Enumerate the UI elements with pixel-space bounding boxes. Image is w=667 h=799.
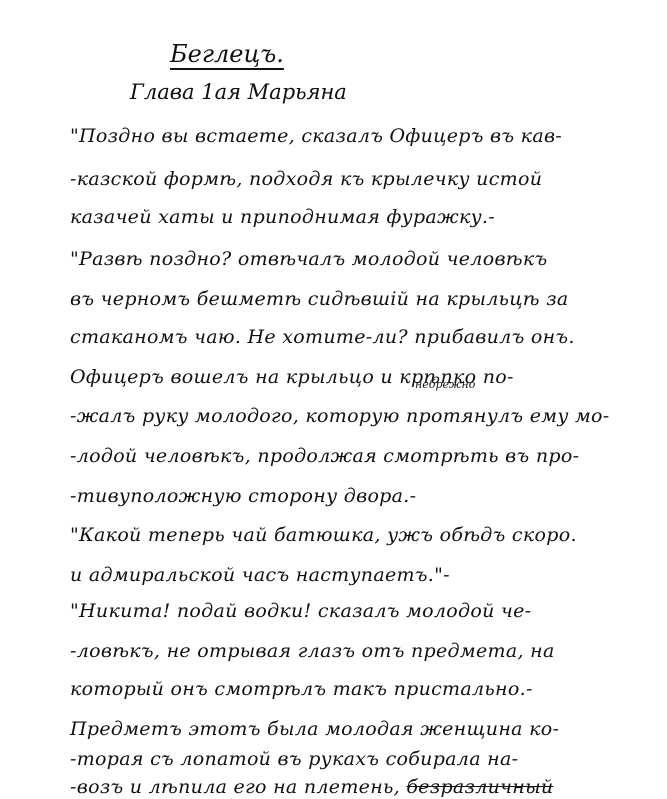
text-line-last: -возъ и лѣпила его на плетень, — [70, 776, 400, 798]
manuscript-page: Беглецъ. Глава 1ая Марьяна "Поздно вы вс… — [0, 0, 667, 799]
text-line: стаканомъ чаю. Не хотите-ли? прибавилъ о… — [70, 326, 575, 348]
text-line: "Какой теперь чай батюшка, ужъ обѣдъ ско… — [70, 524, 577, 546]
text-line: -лодой человѣкъ, продолжая смотрѣть въ п… — [70, 445, 579, 467]
struck-word: безразличный — [406, 776, 553, 798]
chapter-heading: Глава 1ая Марьяна — [130, 80, 347, 104]
text-line: -тивуположную сторону двора.- — [70, 485, 416, 507]
inserted-word: небрежно — [415, 378, 475, 391]
text-line: "Никита! подай водки! сказалъ молодой че… — [70, 600, 531, 622]
text-line: Предметъ этотъ была молодая женщина ко- — [70, 718, 559, 740]
text-line: казачей хаты и приподнимая фуражку.- — [70, 206, 495, 228]
text-line: въ черномъ бешметѣ сидѣвшій на крыльцѣ з… — [70, 288, 569, 310]
text-line: -возъ и лѣпила его на плетень, безразлич… — [70, 776, 553, 798]
text-line: -жалъ руку молодого, которую протянулъ е… — [70, 405, 610, 427]
text-line: "Развѣ поздно? отвѣчалъ молодой человѣкъ — [70, 248, 547, 270]
text-line: и адмиральской часъ наступаетъ."- — [70, 564, 450, 586]
text-line: "Поздно вы встаете, сказалъ Офицеръ въ к… — [70, 125, 562, 147]
text-line: -ловѣкъ, не отрывая глазъ отъ предмета, … — [70, 640, 555, 662]
manuscript-title: Беглецъ. — [170, 40, 284, 68]
text-line: -казской формѣ, подходя къ крылечку исто… — [70, 168, 542, 190]
text-line: который онъ смотрѣлъ такъ пристально.- — [70, 678, 533, 700]
text-line: -торая съ лопатой въ рукахъ собирала на- — [70, 748, 518, 770]
